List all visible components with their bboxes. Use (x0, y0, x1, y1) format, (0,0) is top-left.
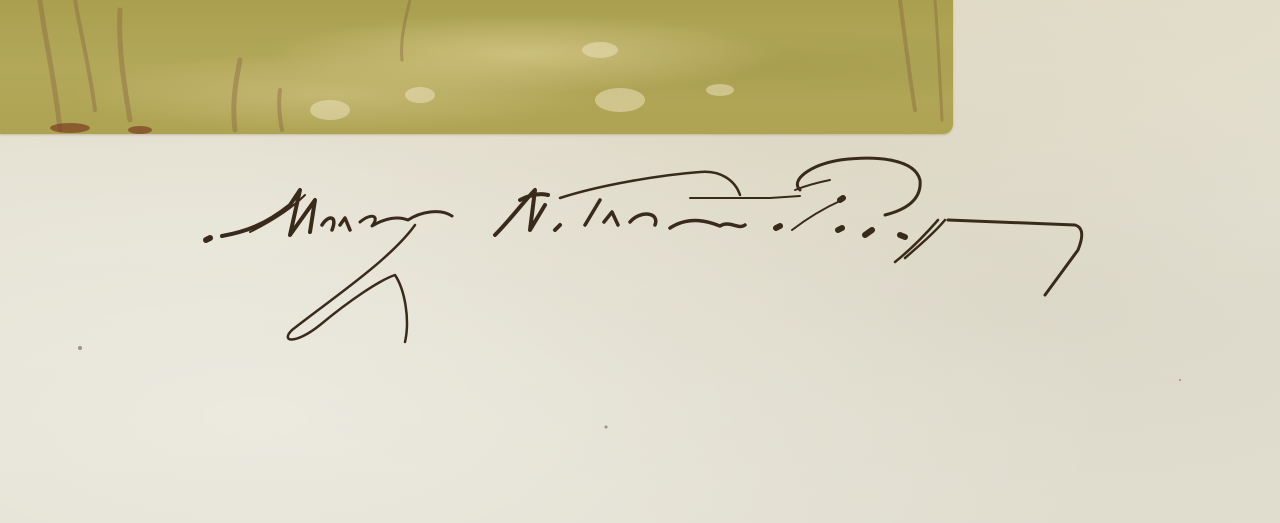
signature-ink-strokes-icon (0, 0, 1280, 523)
handwritten-signature: Mary Webster Pitt (0, 0, 1280, 523)
